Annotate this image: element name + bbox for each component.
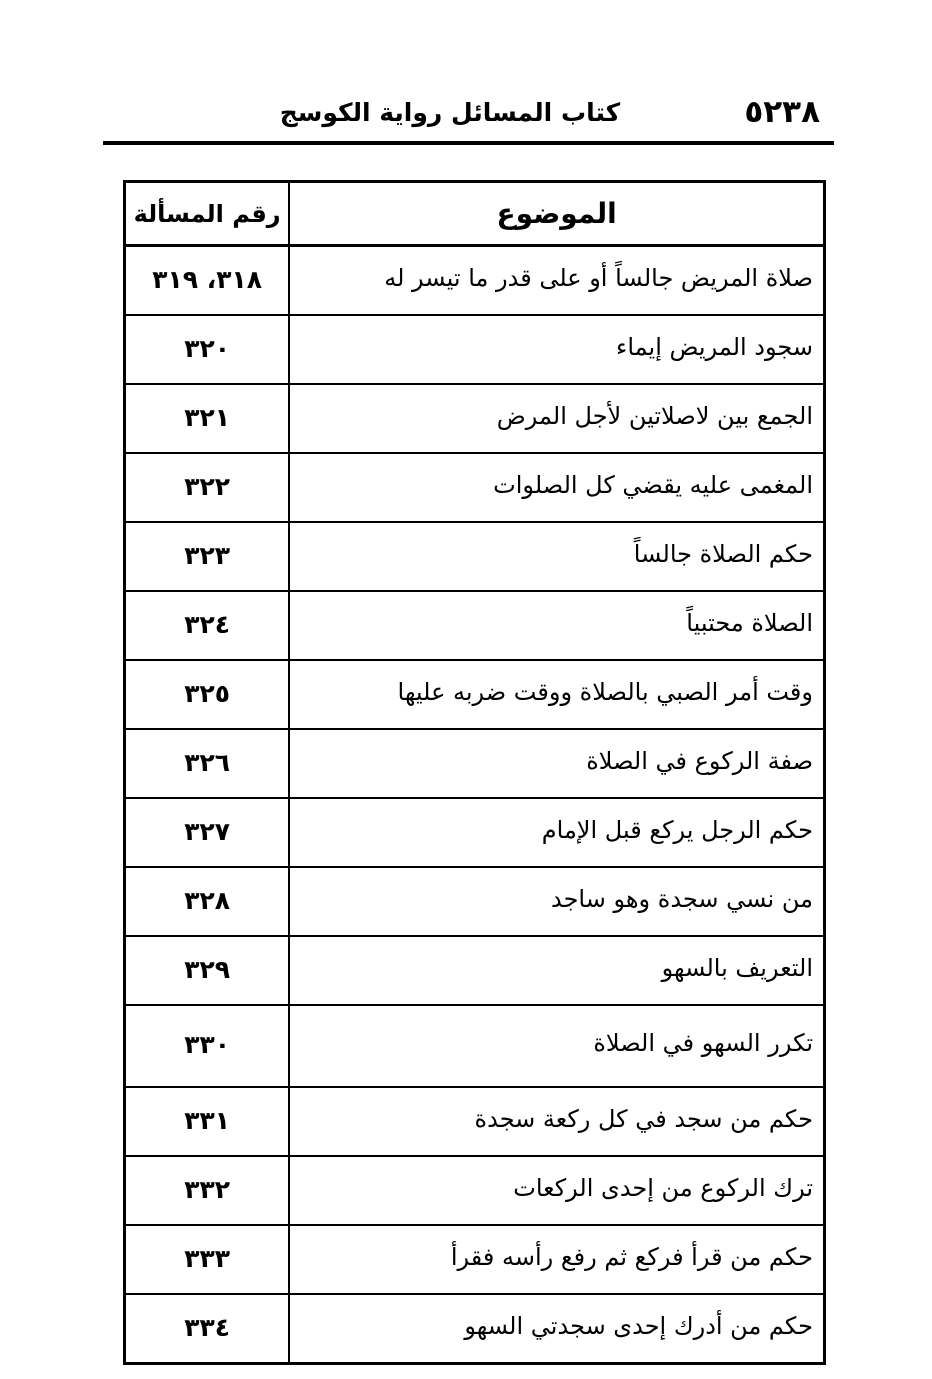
topic-cell: تكرر السهو في الصلاة [289, 1005, 824, 1087]
table-row: حكم من سجد في كل ركعة سجدة ٣٣١ [125, 1087, 825, 1156]
topic-cell: الجمع بين لاصلاتين لأجل المرض [289, 384, 824, 453]
topic-cell: حكم من قرأ فركع ثم رفع رأسه فقرأ [289, 1225, 824, 1294]
number-cell: ٣٢٠ [125, 315, 290, 384]
number-cell: ٣٣٤ [125, 1294, 290, 1364]
topic-cell: من نسي سجدة وهو ساجد [289, 867, 824, 936]
table-row: ترك الركوع من إحدى الركعات ٣٣٢ [125, 1156, 825, 1225]
topic-cell: صفة الركوع في الصلاة [289, 729, 824, 798]
table-row: المغمى عليه يقضي كل الصلوات ٣٢٢ [125, 453, 825, 522]
number-cell: ٣٢٩ [125, 936, 290, 1005]
table-row: حكم الرجل يركع قبل الإمام ٣٢٧ [125, 798, 825, 867]
topic-cell: التعريف بالسهو [289, 936, 824, 1005]
table-row: سجود المريض إيماء ٣٢٠ [125, 315, 825, 384]
number-cell: ٣٢٥ [125, 660, 290, 729]
topic-cell: صلاة المريض جالساً أو على قدر ما تيسر له [289, 246, 824, 316]
table-row: التعريف بالسهو ٣٢٩ [125, 936, 825, 1005]
table-row: تكرر السهو في الصلاة ٣٣٠ [125, 1005, 825, 1087]
number-cell: ٣٣٢ [125, 1156, 290, 1225]
topic-cell: حكم من سجد في كل ركعة سجدة [289, 1087, 824, 1156]
topic-cell: المغمى عليه يقضي كل الصلوات [289, 453, 824, 522]
table-header-row: الموضوع رقم المسألة [125, 182, 825, 246]
table-row: حكم من قرأ فركع ثم رفع رأسه فقرأ ٣٣٣ [125, 1225, 825, 1294]
topic-cell: ترك الركوع من إحدى الركعات [289, 1156, 824, 1225]
table-row: صلاة المريض جالساً أو على قدر ما تيسر له… [125, 246, 825, 316]
contents-table: الموضوع رقم المسألة صلاة المريض جالساً أ… [123, 180, 826, 1365]
number-cell: ٣٣٣ [125, 1225, 290, 1294]
column-header-number: رقم المسألة [125, 182, 290, 246]
page-number: ٥٢٣٨ [744, 94, 820, 130]
number-cell: ٣٢٤ [125, 591, 290, 660]
topic-cell: الصلاة محتبياً [289, 591, 824, 660]
table-row: حكم الصلاة جالساً ٣٢٣ [125, 522, 825, 591]
table-row: حكم من أدرك إحدى سجدتي السهو ٣٣٤ [125, 1294, 825, 1364]
topic-cell: وقت أمر الصبي بالصلاة ووقت ضربه عليها [289, 660, 824, 729]
table-row: صفة الركوع في الصلاة ٣٢٦ [125, 729, 825, 798]
table-row: وقت أمر الصبي بالصلاة ووقت ضربه عليها ٣٢… [125, 660, 825, 729]
number-cell: ٣٣٠ [125, 1005, 290, 1087]
header-divider-rule [103, 141, 834, 145]
number-cell: ٣٣١ [125, 1087, 290, 1156]
topic-cell: سجود المريض إيماء [289, 315, 824, 384]
number-cell: ٣٢٦ [125, 729, 290, 798]
number-cell: ٣٢١ [125, 384, 290, 453]
number-cell: ٣٢٧ [125, 798, 290, 867]
number-cell: ٣٢٣ [125, 522, 290, 591]
table-row: الصلاة محتبياً ٣٢٤ [125, 591, 825, 660]
book-title: كتاب المسائل رواية الكوسج [150, 98, 750, 127]
column-header-topic: الموضوع [289, 182, 824, 246]
topic-cell: حكم الرجل يركع قبل الإمام [289, 798, 824, 867]
topic-cell: حكم من أدرك إحدى سجدتي السهو [289, 1294, 824, 1364]
topic-cell: حكم الصلاة جالساً [289, 522, 824, 591]
table-row: الجمع بين لاصلاتين لأجل المرض ٣٢١ [125, 384, 825, 453]
book-page: كتاب المسائل رواية الكوسج ٥٢٣٨ الموضوع ر… [0, 0, 932, 1379]
number-cell: ٣٢٢ [125, 453, 290, 522]
number-cell: ٣٢٨ [125, 867, 290, 936]
number-cell: ٣١٨، ٣١٩ [125, 246, 290, 316]
table-row: من نسي سجدة وهو ساجد ٣٢٨ [125, 867, 825, 936]
